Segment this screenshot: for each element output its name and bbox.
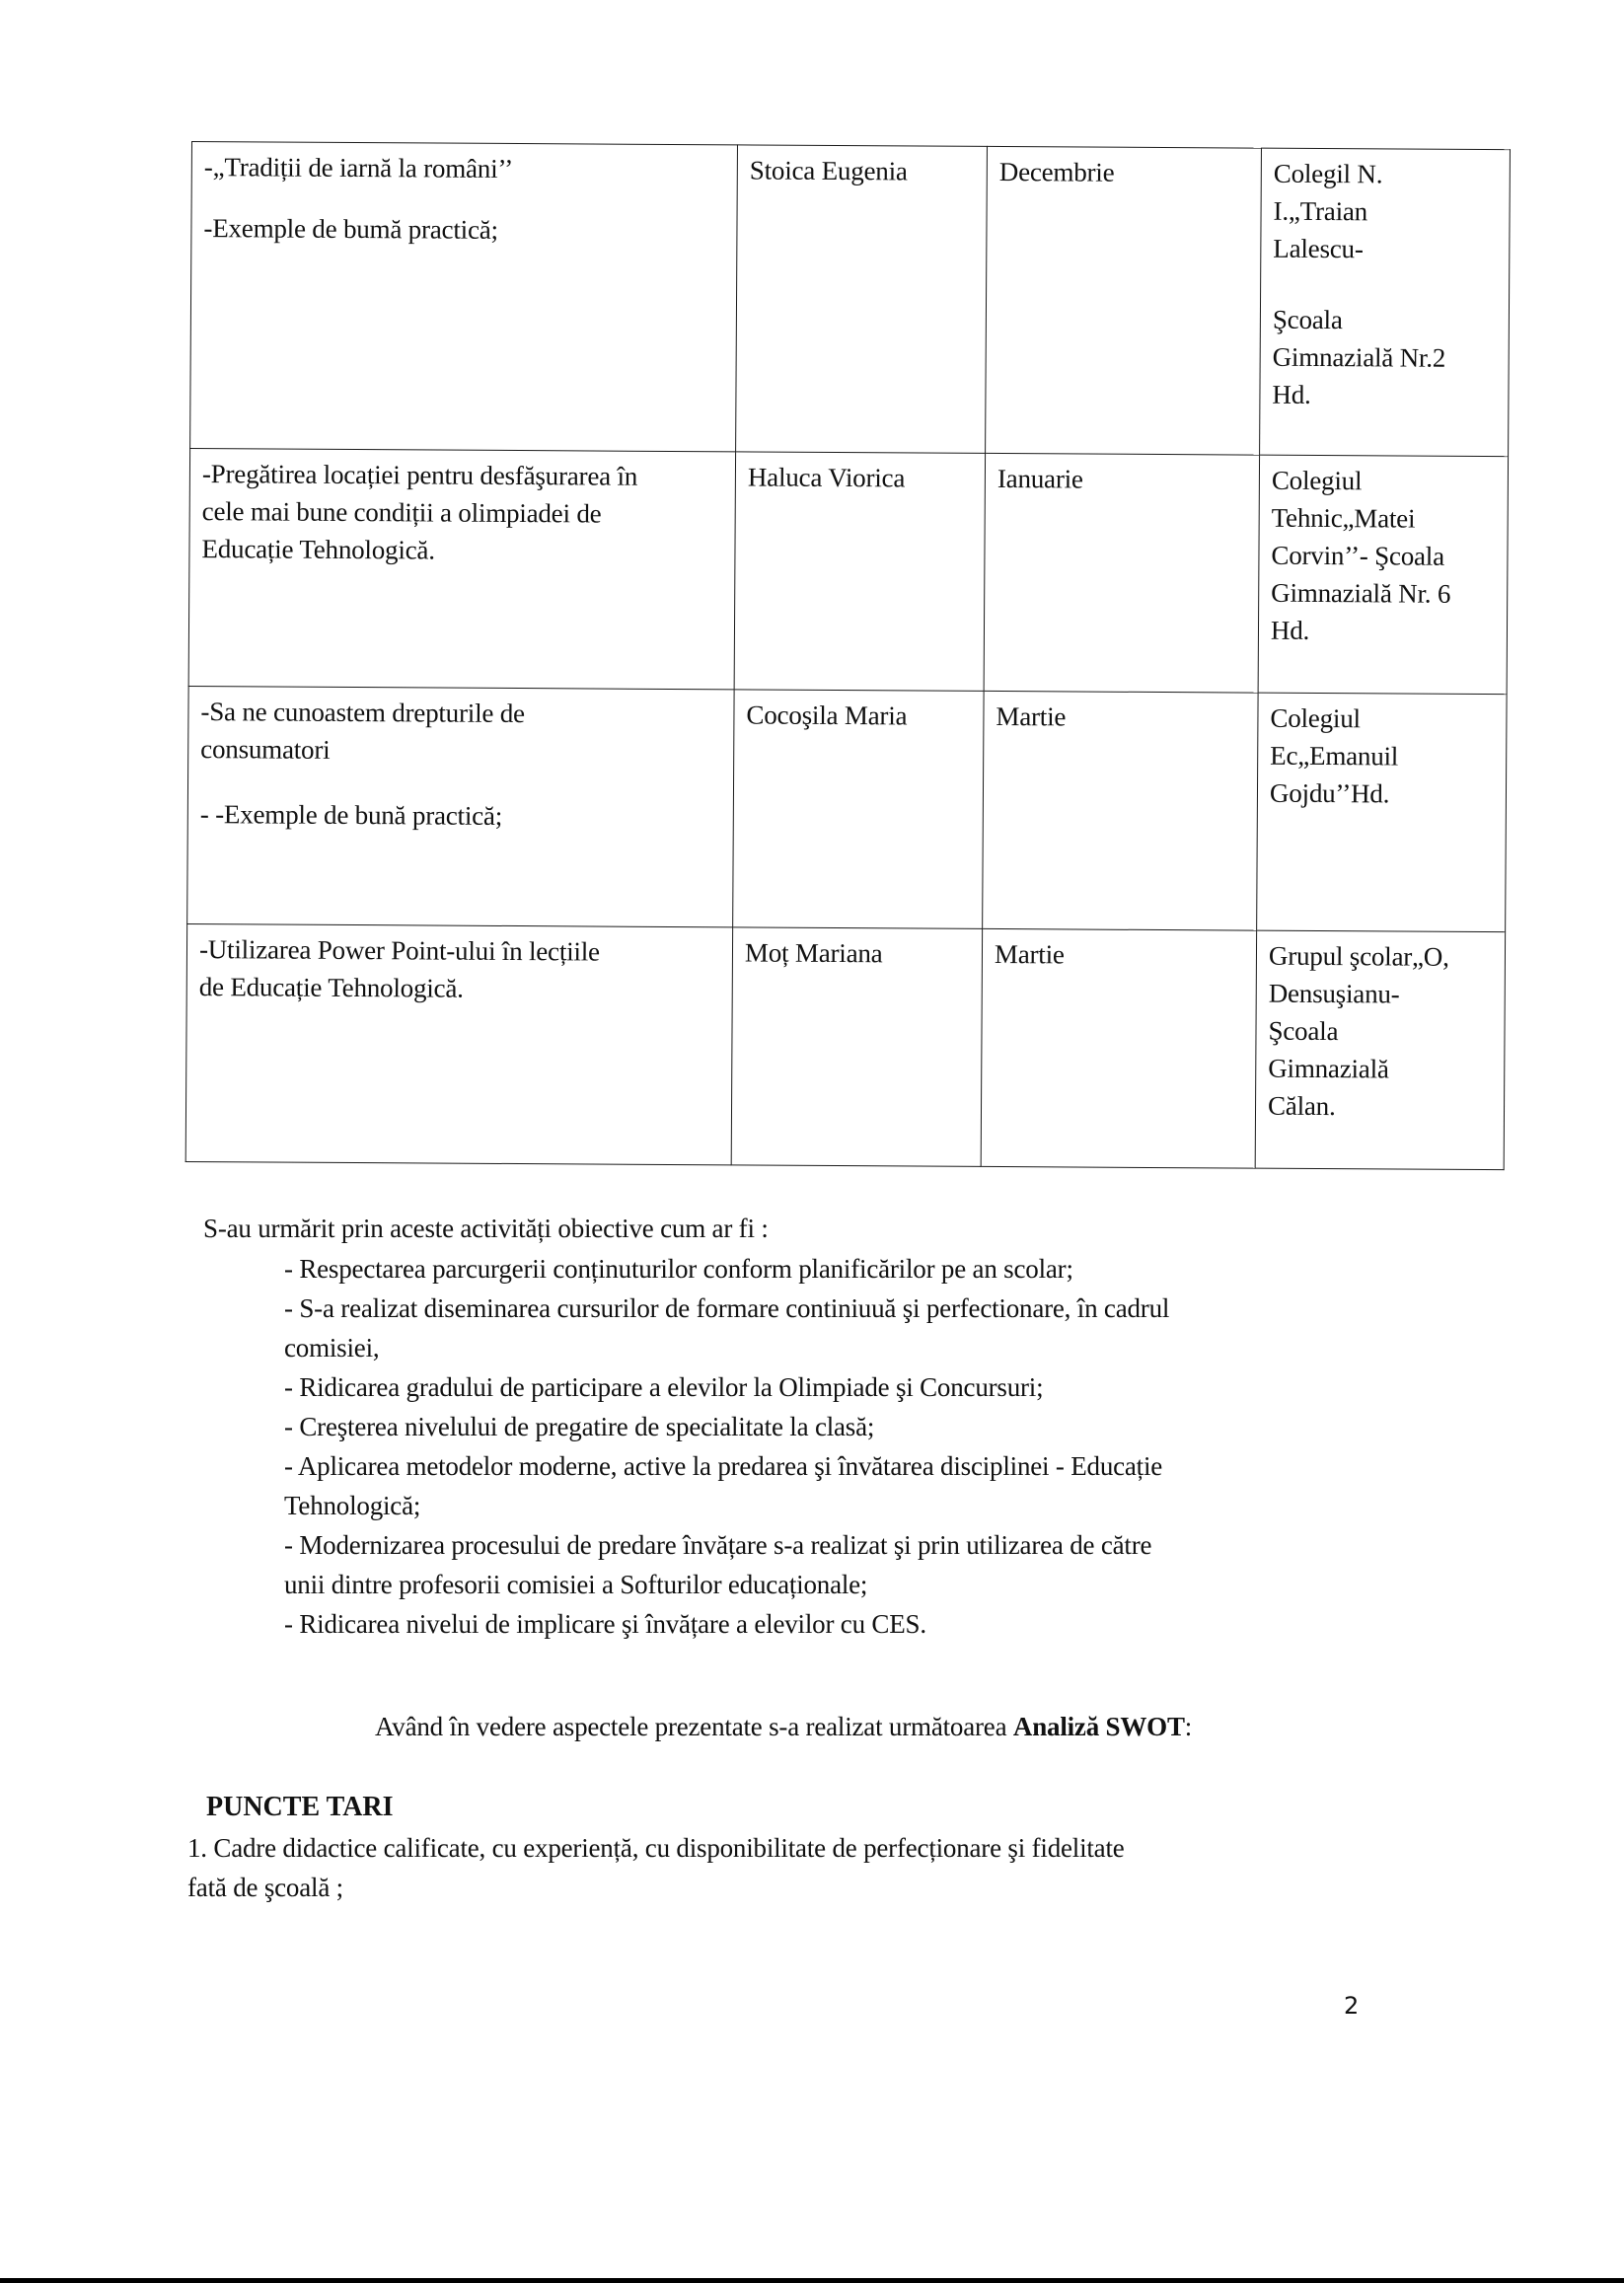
period-cell: Martie	[981, 928, 1256, 1168]
location-line: Densuşianu-	[1269, 975, 1495, 1013]
strength-line: fată de şcoală ;	[187, 1868, 1371, 1907]
table-row: -„Tradiții de iarnă la români’’ -Exemple…	[190, 142, 1511, 457]
activity-cell: -Utilizarea Power Point-ului în lecțiile…	[185, 923, 732, 1164]
swot-intro-text: Având în vedere aspectele prezentate s-a…	[375, 1712, 1013, 1741]
location-line: Gojdu’’Hd.	[1270, 774, 1496, 813]
activity-line: -Pregătirea locației pentru desfăşurarea…	[202, 455, 725, 495]
responsible-cell: Moț Mariana	[731, 927, 982, 1167]
responsible-cell: Stoica Eugenia	[736, 145, 988, 454]
location-line: Hd.	[1272, 376, 1498, 414]
location-line: Lalescu-	[1273, 230, 1499, 268]
location-cell: Colegiul Ec„Emanuil Gojdu’’Hd.	[1257, 693, 1507, 932]
activities-table: -„Tradiții de iarnă la români’’ -Exemple…	[185, 141, 1511, 1170]
activity-title: -„Tradiții de iarnă la români’’	[204, 148, 727, 188]
objective-item: comisiei,	[284, 1328, 1379, 1367]
activity-subtitle: -Exemple de bumă practică;	[203, 209, 726, 250]
location-cell: Colegil N. I.„Traian Lalescu- Şcoala Gim…	[1260, 148, 1511, 457]
period-cell: Martie	[983, 691, 1258, 930]
objective-item: unii dintre profesorii comisiei a Softur…	[284, 1565, 1379, 1604]
table-row: -Sa ne cunoastem drepturile de consumato…	[187, 686, 1507, 931]
activity-cell: -Pregătirea locației pentru desfăşurarea…	[188, 448, 735, 689]
objectives-list: - Respectarea parcurgerii conținuturilor…	[284, 1249, 1379, 1644]
swot-intro-bold: Analiză SWOT	[1013, 1712, 1185, 1741]
location-line: Ec„Emanuil	[1270, 737, 1496, 775]
strength-line: 1. Cadre didactice calificate, cu experi…	[187, 1828, 1371, 1868]
location-line: Corvin’’- Şcoala	[1271, 537, 1497, 575]
responsible-name: Stoica Eugenia	[750, 151, 977, 189]
objective-item: - Modernizarea procesului de predare înv…	[284, 1525, 1379, 1565]
location-line: Gimnazială Nr.2	[1273, 338, 1499, 377]
location-line: Grupul şcolar„O,	[1269, 937, 1495, 976]
location-line: Şcoala	[1268, 1012, 1494, 1051]
location-line: Colegiul	[1272, 462, 1498, 500]
period-month: Martie	[996, 698, 1247, 737]
activity-cell: -„Tradiții de iarnă la români’’ -Exemple…	[190, 142, 738, 452]
table-row: -Utilizarea Power Point-ului în lecțiile…	[185, 923, 1505, 1169]
responsible-cell: Cocoşila Maria	[733, 690, 984, 929]
location-line: Tehnic„Matei	[1272, 499, 1498, 538]
period-month: Ianuarie	[997, 460, 1249, 499]
scan-edge-bar	[0, 2278, 1624, 2283]
activity-line: -Utilizarea Power Point-ului în lecțiile	[199, 930, 722, 971]
location-line: Gimnazială	[1268, 1050, 1494, 1088]
page-number: 2	[1344, 1991, 1359, 2021]
document-page: -„Tradiții de iarnă la români’’ -Exemple…	[0, 0, 1624, 2283]
location-cell: Colegiul Tehnic„Matei Corvin’’- Şcoala G…	[1258, 455, 1508, 695]
location-line: Călan.	[1268, 1087, 1494, 1126]
responsible-cell: Haluca Viorica	[734, 452, 985, 692]
period-cell: Ianuarie	[984, 453, 1259, 693]
activity-line: -Sa ne cunoastem drepturile de	[200, 693, 723, 733]
responsible-name: Cocoşila Maria	[746, 696, 973, 734]
objectives-intro: S-au urmărit prin aceste activități obie…	[203, 1209, 769, 1248]
activity-line: Educație Tehnologică.	[201, 530, 724, 570]
responsible-name: Haluca Viorica	[748, 458, 975, 496]
location-line: Colegil N.	[1274, 155, 1500, 193]
swot-intro: Având în vedere aspectele prezentate s-a…	[375, 1707, 1192, 1746]
period-month: Martie	[995, 935, 1246, 975]
objective-item: Tehnologică;	[284, 1486, 1379, 1525]
objective-item: - Respectarea parcurgerii conținuturilor…	[284, 1249, 1379, 1289]
location-cell: Grupul şcolar„O, Densuşianu- Şcoala Gimn…	[1255, 930, 1505, 1170]
location-line: Gimnazială Nr. 6	[1271, 574, 1497, 613]
activity-cell: -Sa ne cunoastem drepturile de consumato…	[187, 686, 734, 926]
location-line: Colegiul	[1270, 700, 1496, 738]
strengths-heading: PUNCTE TARI	[206, 1788, 394, 1827]
swot-intro-suffix: :	[1185, 1712, 1192, 1741]
objective-item: - Ridicarea nivelui de implicare şi învă…	[284, 1604, 1379, 1644]
activity-subtitle: - -Exemple de bună practică;	[200, 795, 723, 836]
activity-line: consumatori	[200, 730, 723, 771]
objective-item: - Creşterea nivelului de pregatire de sp…	[284, 1407, 1379, 1446]
period-month: Decembrie	[999, 153, 1251, 192]
strength-item: 1. Cadre didactice calificate, cu experi…	[187, 1828, 1371, 1907]
objective-item: - Ridicarea gradului de participare a el…	[284, 1367, 1379, 1407]
activity-line: cele mai bune condiții a olimpiadei de	[202, 492, 725, 533]
activity-line: de Educație Tehnologică.	[199, 968, 722, 1008]
location-line: Şcoala	[1273, 301, 1499, 339]
objective-item: - Aplicarea metodelor moderne, active la…	[284, 1446, 1379, 1486]
location-line: Hd.	[1271, 612, 1497, 650]
table-row: -Pregătirea locației pentru desfăşurarea…	[188, 448, 1508, 694]
period-cell: Decembrie	[986, 146, 1262, 455]
location-line: I.„Traian	[1273, 192, 1499, 231]
objective-item: - S-a realizat diseminarea cursurilor de…	[284, 1289, 1379, 1328]
responsible-name: Moț Mariana	[745, 933, 972, 972]
